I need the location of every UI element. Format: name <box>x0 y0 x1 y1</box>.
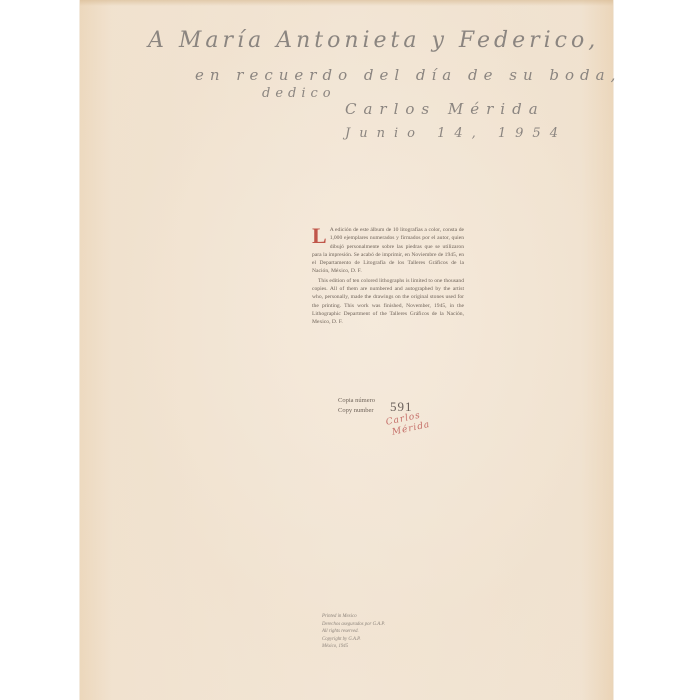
imprint-line-2: Derechos asegurados por G.A.P. <box>322 621 385 629</box>
colophon-spanish-body: A edición de este álbum de 10 litografía… <box>312 227 464 274</box>
colophon-english: This edition of ten colored lithographs … <box>312 277 464 327</box>
imprint-line-5: México, 1945 <box>322 643 385 651</box>
imprint-line-3: All rights reserved. <box>322 628 385 636</box>
drop-cap: L <box>312 227 327 244</box>
copy-label-spanish: Copia número <box>338 396 375 406</box>
dedication-line-3: dedico <box>262 86 336 101</box>
screenshot-stage: A María Antonieta y Federico, en recuerd… <box>0 0 700 700</box>
copy-number-labels: Copia número Copy number <box>338 396 375 416</box>
dedication-date: Junio 14, 1954 <box>345 126 567 141</box>
imprint-line-4: Copyright by G.A.P. <box>322 636 385 644</box>
dedication-line-1: A María Antonieta y Federico, <box>148 28 599 53</box>
imprint-line-1: Printed in Mexico <box>322 613 385 621</box>
copy-label-english: Copy number <box>338 406 375 416</box>
printer-imprint: Printed in Mexico Derechos asegurados po… <box>322 613 385 651</box>
colophon-text: LA edición de este álbum de 10 litografí… <box>312 226 464 327</box>
dedication-signature: Carlos Mérida <box>345 100 545 118</box>
dedication-line-2: en recuerdo del día de su boda, <box>195 66 621 84</box>
colophon-spanish: LA edición de este álbum de 10 litografí… <box>312 226 464 276</box>
